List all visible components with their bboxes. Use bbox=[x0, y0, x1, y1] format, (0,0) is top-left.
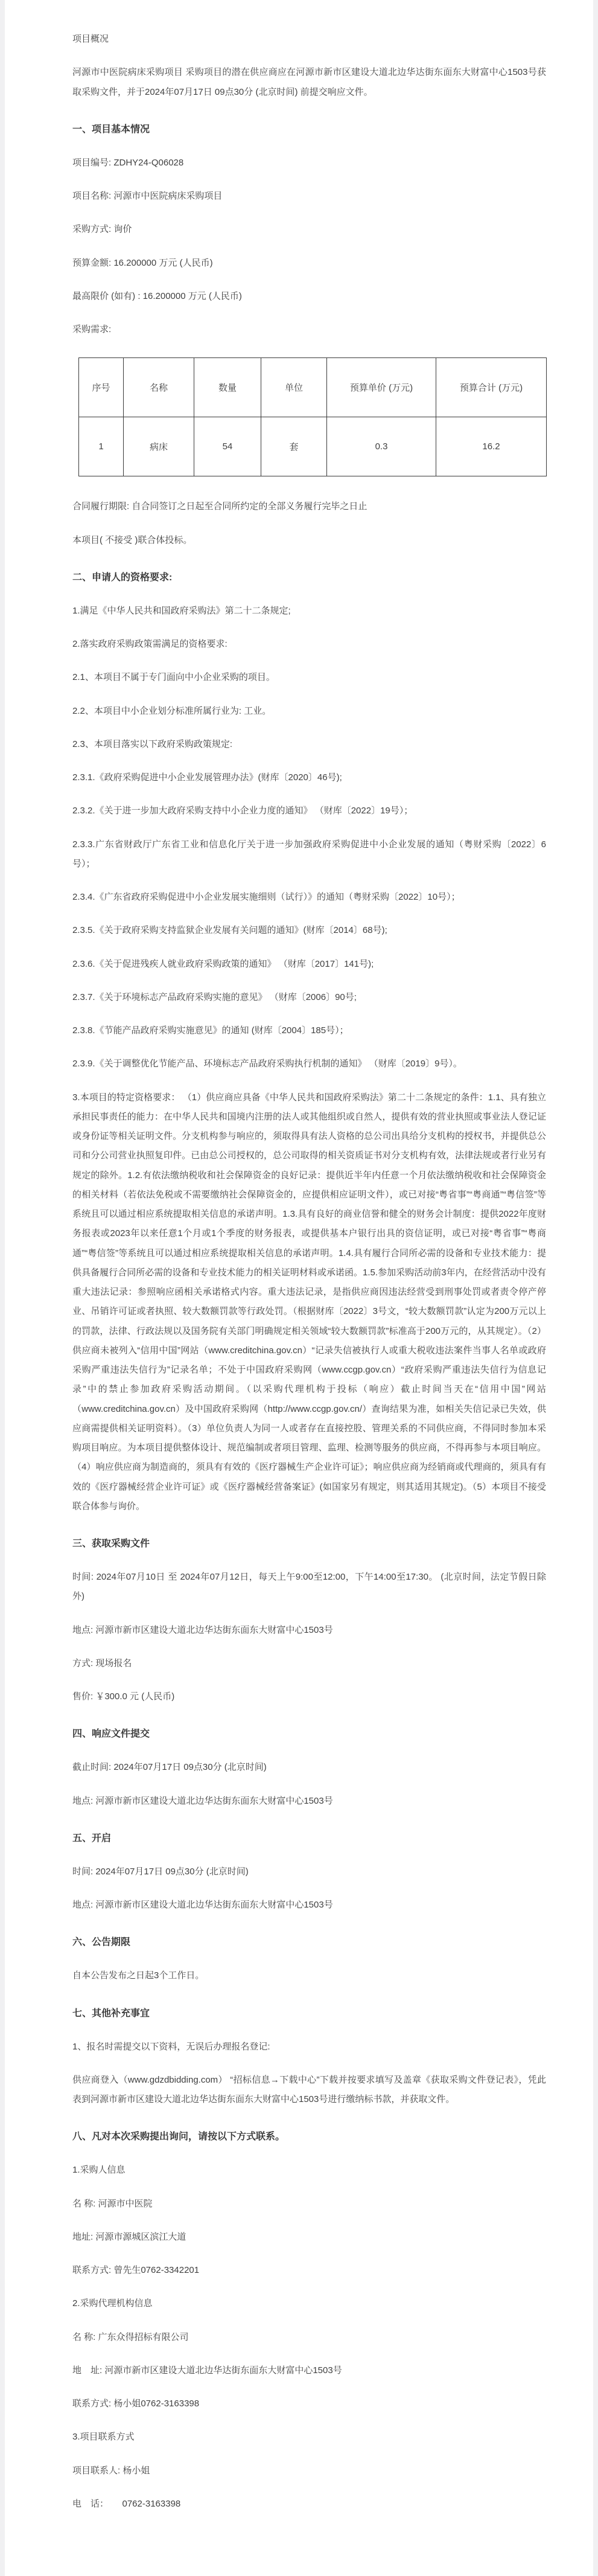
other-item1: 1、报名时需提交以下资料，无误后办理报名登记: bbox=[72, 2037, 546, 2057]
obtain-price: 售价: ￥300.0 元 (人民币) bbox=[72, 1687, 546, 1706]
section-contact-heading: 八、凡对本次采购提出询问，请按以下方式联系。 bbox=[72, 2127, 546, 2147]
section-basic-heading: 一、项目基本情况 bbox=[72, 120, 546, 139]
table-row: 1 病床 54 套 0.3 16.2 bbox=[79, 417, 547, 476]
qualification-item: 2.3.3.广东省财政厅广东省工业和信息化厅关于进一步加强政府采购促进中小企业发… bbox=[72, 835, 546, 874]
obtain-time: 时间: 2024年07月10日 至 2024年07月12日，每天上午9:00至1… bbox=[72, 1568, 546, 1607]
qualification-item: 2.3.8.《节能产品政府采购实施意见》的通知 (财库〔2004〕185号）； bbox=[72, 1021, 546, 1040]
table-cell-seq: 1 bbox=[79, 417, 124, 476]
project-contact-phone: 电 话： 0762-3163398 bbox=[72, 2494, 546, 2514]
qualification-item: 2.3.2.《关于进一步加大政府采购支持中小企业力度的通知》 （财库〔2022〕… bbox=[72, 801, 546, 821]
notice-period-body: 自本公告发布之日起3个工作日。 bbox=[72, 1966, 546, 1985]
table-header-cell: 预算合计 (万元) bbox=[436, 358, 547, 417]
project-number: 项目编号: ZDHY24-Q06028 bbox=[72, 153, 546, 173]
overview-heading: 项目概况 bbox=[72, 30, 546, 49]
obtain-place: 地点: 河源市新市区建设大道北边华达街东面东大财富中心1503号 bbox=[72, 1621, 546, 1640]
consortium-note: 本项目( 不接受 )联合体投标。 bbox=[72, 531, 546, 550]
open-time: 时间: 2024年07月17日 09点30分 (北京时间) bbox=[72, 1862, 546, 1882]
qualification-item: 2.3.4.《广东省政府采购促进中小企业发展实施细则（试行）》的通知（粤财采购〔… bbox=[72, 888, 546, 907]
qualification-item: 2.2、本项目中小企业划分标准所属行业为: 工业。 bbox=[72, 702, 546, 721]
table-header-cell: 单位 bbox=[261, 358, 327, 417]
purchaser-name: 名 称: 河源市中医院 bbox=[72, 2194, 546, 2214]
open-place: 地点: 河源市新市区建设大道北边华达街东面东大财富中心1503号 bbox=[72, 1895, 546, 1915]
table-header-cell: 预算单价 (万元) bbox=[327, 358, 436, 417]
procurement-method: 采购方式: 询价 bbox=[72, 220, 546, 239]
qualification-item: 2.3、本项目落实以下政府采购政策规定: bbox=[72, 735, 546, 754]
table-header-cell: 序号 bbox=[79, 358, 124, 417]
table-cell-name: 病床 bbox=[124, 417, 194, 476]
contract-period: 合同履行期限: 自合同签订之日起至合同所约定的全部义务履行完毕之日止 bbox=[72, 497, 546, 516]
overview-body: 河源市中医院病床采购项目 采购项目的潜在供应商应在河源市新市区建设大道北边华达街… bbox=[72, 63, 546, 102]
qualification-item: 2.3.5.《关于政府采购支持监狱企业发展有关问题的通知》(财库〔2014〕68… bbox=[72, 921, 546, 940]
section-qualification-heading: 二、申请人的资格要求: bbox=[72, 568, 546, 588]
section-obtain-heading: 三、获取采购文件 bbox=[72, 1534, 546, 1554]
qualification-item: 2.落实政府采购政策需满足的资格要求: bbox=[72, 635, 546, 654]
project-contact-heading: 3.项目联系方式 bbox=[72, 2427, 546, 2447]
section-notice-period-heading: 六、公告期限 bbox=[72, 1933, 546, 1952]
agency-name: 名 称: 广东众得招标有限公司 bbox=[72, 2328, 546, 2347]
other-item1-detail: 供应商登入（www.gdzdbidding.com） “招标信息→下载中心”下载… bbox=[72, 2071, 546, 2110]
submit-place: 地点: 河源市新市区建设大道北边华达街东面东大财富中心1503号 bbox=[72, 1792, 546, 1811]
agency-address: 地 址: 河源市新市区建设大道北边华达街东面东大财富中心1503号 bbox=[72, 2361, 546, 2380]
qualification-item: 2.3.7.《关于环境标志产品政府采购实施的意见》 （财库〔2006〕90号; bbox=[72, 988, 546, 1007]
project-name: 项目名称: 河源市中医院病床采购项目 bbox=[72, 187, 546, 206]
project-contact-person: 项目联系人: 杨小姐 bbox=[72, 2461, 546, 2481]
procurement-demand-table: 序号 名称 数量 单位 预算单价 (万元) 预算合计 (万元) 1 病床 54 … bbox=[78, 357, 547, 476]
table-cell-total: 16.2 bbox=[436, 417, 547, 476]
purchaser-contact: 联系方式: 曾先生0762-3342201 bbox=[72, 2261, 546, 2280]
document-page: 项目概况 河源市中医院病床采购项目 采购项目的潜在供应商应在河源市新市区建设大道… bbox=[5, 0, 593, 2576]
agency-info-heading: 2.采购代理机构信息 bbox=[72, 2294, 546, 2313]
table-cell-unit: 套 bbox=[261, 417, 327, 476]
demand-label: 采购需求: bbox=[72, 320, 546, 339]
special-qualification-requirements: 3.本项目的特定资格要求： （1）供应商应具备《中华人民共和国政府采购法》第二十… bbox=[72, 1088, 546, 1517]
section-open-heading: 五、开启 bbox=[72, 1829, 546, 1848]
table-header-row: 序号 名称 数量 单位 预算单价 (万元) 预算合计 (万元) bbox=[79, 358, 547, 417]
budget-amount: 预算金额: 16.200000 万元 (人民币) bbox=[72, 254, 546, 273]
qualification-item: 2.3.6.《关于促进残疾人就业政府采购政策的通知》 （财库〔2017〕141号… bbox=[72, 955, 546, 974]
agency-contact: 联系方式: 杨小姐0762-3163398 bbox=[72, 2394, 546, 2414]
purchaser-info-heading: 1.采购人信息 bbox=[72, 2161, 546, 2180]
section-submit-heading: 四、响应文件提交 bbox=[72, 1725, 546, 1744]
table-header-cell: 名称 bbox=[124, 358, 194, 417]
qualification-item: 2.1、本项目不属于专门面向中小企业采购的项目。 bbox=[72, 668, 546, 687]
qualification-item: 2.3.9.《关于调整优化节能产品、环境标志产品政府采购执行机制的通知》 （财库… bbox=[72, 1054, 546, 1074]
section-other-heading: 七、其他补充事宜 bbox=[72, 2004, 546, 2023]
table-cell-qty: 54 bbox=[194, 417, 261, 476]
obtain-method: 方式: 现场报名 bbox=[72, 1654, 546, 1673]
table-cell-unit-price: 0.3 bbox=[327, 417, 436, 476]
submit-deadline: 截止时间: 2024年07月17日 09点30分 (北京时间) bbox=[72, 1758, 546, 1777]
table-header-cell: 数量 bbox=[194, 358, 261, 417]
purchaser-address: 地址: 河源市源城区滨江大道 bbox=[72, 2228, 546, 2247]
max-price: 最高限价 (如有) : 16.200000 万元 (人民币) bbox=[72, 287, 546, 306]
qualification-item: 1.满足《中华人民共和国政府采购法》第二十二条规定; bbox=[72, 601, 546, 621]
qualification-item: 2.3.1.《政府采购促进中小企业发展管理办法》(财库〔2020〕46号); bbox=[72, 768, 546, 787]
